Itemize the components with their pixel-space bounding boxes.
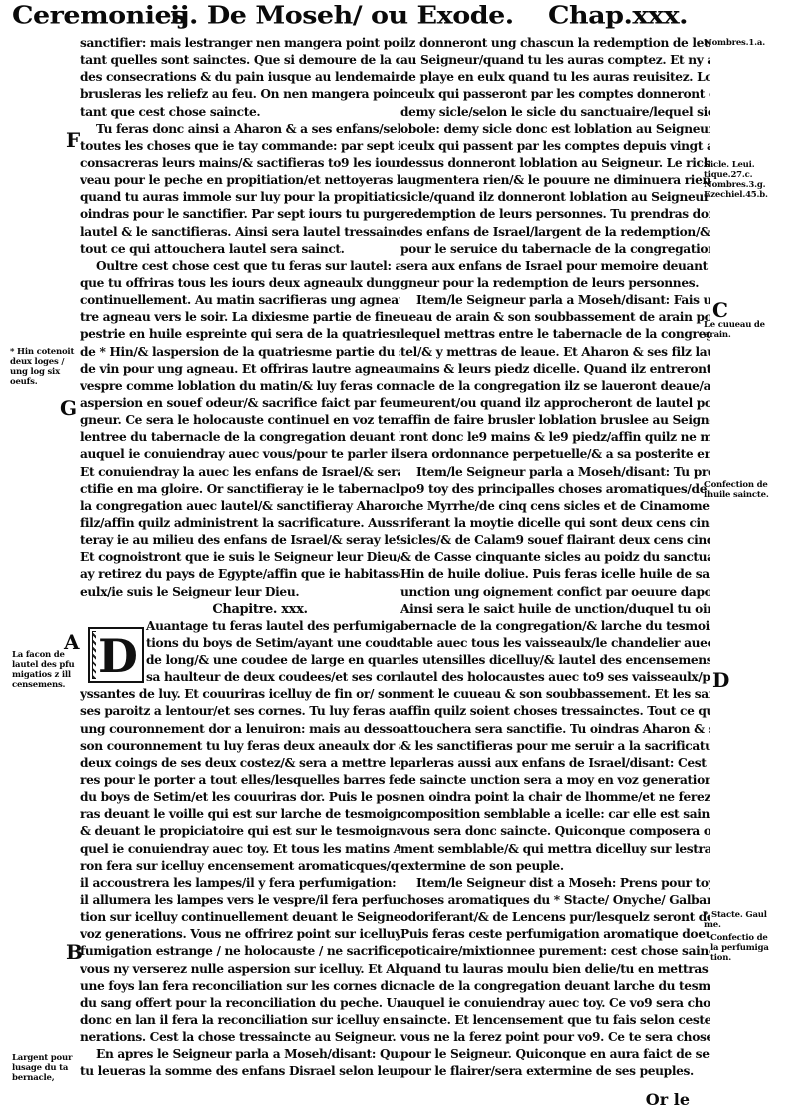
right-text-column: ilz donneront ung chascun la redemption … — [400, 35, 710, 1081]
text-line: Item/le Seigneur parla a Moseh/disant: F… — [400, 292, 710, 309]
text-line: des consecrations & du pain iusque au le… — [80, 69, 400, 86]
text-line: nacle de la congregation ilz se laueront… — [400, 378, 710, 395]
text-line: pestrie en huile espreinte qui sera de l… — [80, 326, 400, 343]
left-text-column: sanctifier: mais lestranger nen mangera … — [80, 35, 400, 1081]
text-line: sera aux enfans de Israel pour memoire d… — [400, 258, 710, 275]
text-line: de playe en eulx quand tu les auras reui… — [400, 69, 710, 86]
margin-note-oil: Confection delhuile saincte. — [704, 480, 769, 500]
text-line: ses paroitz a lentour/et ses cornes. Tu … — [80, 703, 400, 720]
text-line: demy sicle/selon le sicle du sanctuaire/… — [400, 104, 710, 121]
text-line: yssantes de luy. Et couuriras icelluy de… — [80, 686, 400, 703]
text-line: tion sur icelluy continuellement deuant … — [80, 909, 400, 926]
text-line: ras deuant le voille qui est sur larche … — [80, 806, 400, 823]
text-line: teray ie au milieu des enfans de Israel/… — [80, 532, 400, 549]
margin-letter-f: F — [66, 128, 80, 152]
margin-note-sicle: Sicle. Leui.tique.27.c.Nombres.3.g.Ezech… — [704, 160, 768, 200]
note-text: La facon delautel des pfumigatios z illc… — [12, 650, 75, 690]
text-line: composition semblable a icelle: car elle… — [400, 806, 710, 823]
text-line: dessus donneront loblation au Seigneur. … — [400, 155, 710, 172]
text-line: ment semblable/& qui mettra dicelluy sur… — [400, 841, 710, 858]
text-line: obole: demy sicle donc est loblation au … — [400, 121, 710, 138]
text-line: ilz donneront ung chascun la redemption … — [400, 35, 710, 52]
note-text: Confection delhuile saincte. — [704, 480, 769, 500]
text-line: du sang offert pour la reconciliation du… — [80, 995, 400, 1012]
text-line: gneur. Ce sera le holocauste continuel e… — [80, 412, 400, 429]
text-line: que tu offriras tous les iours deux agne… — [80, 275, 400, 292]
text-line: ceulx qui passeront par les comptes donn… — [400, 86, 710, 103]
text-line: affin de faire brusler loblation bruslee… — [400, 412, 710, 429]
text-line: donc en lan il fera la reconciliation su… — [80, 1012, 400, 1029]
note-text: Confectio dela perfumigation. — [710, 933, 769, 963]
text-line: ueau de arain & son soubbassement de ara… — [400, 309, 710, 326]
text-line: sanctifier: mais lestranger nen mangera … — [80, 35, 400, 52]
margin-note-laver: Le cuueau dearain. — [704, 320, 765, 340]
text-line: ctifie en ma gloire. Or sanctifieray ie … — [80, 481, 400, 498]
text-line: parleras aussi aux enfans de Israel/disa… — [400, 755, 710, 772]
text-line: odoriferant/& de Lencens pur/lesquelz se… — [400, 909, 710, 926]
text-line: auquel ie conuiendray auec toy. Ce vo9 s… — [400, 995, 710, 1012]
text-line: lequel mettras entre le tabernacle de la… — [400, 326, 710, 343]
text-line: vous ne la ferez point pour vo9. Ce te s… — [400, 1029, 710, 1046]
text-line: unction ung oignement confict par oeuure… — [400, 584, 710, 601]
text-line: ron fera sur icelluy encensement aromati… — [80, 858, 400, 875]
text-line: ay retirez du pays de Egypte/affin que i… — [80, 566, 400, 583]
chapter-heading: Chapitre. xxx. — [80, 601, 400, 618]
text-line: deux coings de ses deux costez/& sera a … — [80, 755, 400, 772]
catchword: Or le — [646, 1090, 690, 1109]
text-line: de vin pour ung agneau. Et offriras laut… — [80, 361, 400, 378]
margin-note-altar: La facon delautel des pfumigatios z illc… — [12, 650, 75, 690]
text-line: lentree du tabernacle de la congregation… — [80, 429, 400, 446]
text-line: une foys lan fera reconciliation sur les… — [80, 978, 400, 995]
text-line: En apres le Seigneur parla a Moseh/disan… — [80, 1046, 400, 1063]
text-line: fumigation estrange / ne holocauste / ne… — [80, 943, 400, 960]
text-line: pour le Seigneur. Quiconque en aura faic… — [400, 1046, 710, 1063]
note-text: Nombres.1.a. — [704, 38, 765, 48]
text-line: vous sera donc saincte. Quiconque compos… — [400, 823, 710, 840]
text-line: bernacle de la congregation/& larche du … — [400, 618, 710, 635]
text-line: des enfans de Israel/largent de la redem… — [400, 224, 710, 241]
text-line: filz/affin quilz administrent la sacrifi… — [80, 515, 400, 532]
text-line: Et cognoistront que ie suis le Seigneur … — [80, 549, 400, 566]
text-line: tout ce qui attouchera lautel sera sainc… — [80, 241, 400, 258]
note-text: Sicle. Leui.tique.27.c.Nombres.3.g.Ezech… — [704, 160, 768, 200]
text-line: ceulx qui passent par les comptes depuis… — [400, 138, 710, 155]
text-line: Ainsi sera le saict huile de unction/duq… — [400, 601, 710, 618]
text-line: pour le flairer/sera extermine de ses pe… — [400, 1063, 710, 1080]
text-line: poticaire/mixtionnee purement: cest chos… — [400, 943, 710, 960]
text-line: tant quelles sont sainctes. Que si demou… — [80, 52, 400, 69]
text-line: nerations. Cest la chose tressaincte au … — [80, 1029, 400, 1046]
text-line: po9 toy des principalles choses aromatiq… — [400, 481, 710, 498]
text-line: tel/& y mettras de leaue. Et Aharon & se… — [400, 344, 710, 361]
margin-letter-b: B — [66, 940, 83, 964]
text-line: redemption de leurs personnes. Tu prendr… — [400, 206, 710, 223]
text-line: augmentera rien/& le pouure ne diminuera… — [400, 172, 710, 189]
text-line: choses aromatiques du * Stacte/ Onyche/ … — [400, 892, 710, 909]
text-line: la congregation auec lautel/& sanctifier… — [80, 498, 400, 515]
text-line: tu leueras la somme des enfans Disrael s… — [80, 1063, 400, 1080]
text-line: auquel ie conuiendray auec vous/pour te … — [80, 446, 400, 463]
text-line: extermine de son peuple. — [400, 858, 710, 875]
text-line: Oultre cest chose cest que tu feras sur … — [80, 258, 400, 275]
margin-note-money: Largent pourlusage du tabernacle, — [12, 1053, 72, 1083]
text-line: attouchera sera sanctifie. Tu oindras Ah… — [400, 721, 710, 738]
text-line: Puis feras ceste perfumigation aromatiqu… — [400, 926, 710, 943]
text-line: res pour le porter a tout elles/lesquell… — [80, 772, 400, 789]
text-line: table auec tous les vaisseaulx/le chande… — [400, 635, 710, 652]
text-line: Item/le Seigneur parla a Moseh/disant: T… — [400, 464, 710, 481]
text-line: & les sanctifieras pour me seruir a la s… — [400, 738, 710, 755]
text-line: gneur pour la redemption de leurs person… — [400, 275, 710, 292]
decorated-initial-d: D — [88, 627, 144, 683]
text-line: nen oindra point la chair de lhomme/et n… — [400, 789, 710, 806]
text-line: tant que cest chose saincte. — [80, 104, 400, 121]
text-line: & de Casse cinquante sicles au poidz du … — [400, 549, 710, 566]
text-line: quel ie conuiendray auec toy. Et tous le… — [80, 841, 400, 858]
text-line: saincte. Et lencensement que tu fais sel… — [400, 1012, 710, 1029]
header-chapter: Chap.xxx. — [548, 2, 688, 30]
text-line: lautel & le sanctifieras. Ainsi sera lau… — [80, 224, 400, 241]
text-line: che Myrrhe/de cinq cens sicles et de Cin… — [400, 498, 710, 515]
text-line: & deuant le propiciatoire qui est sur le… — [80, 823, 400, 840]
header-book-title: ij. De Moseh/ ou Exode. — [170, 2, 514, 30]
text-line: consacreras leurs mains/& sactifieras to… — [80, 155, 400, 172]
text-line: ment le cuueau & son soubbassement. Et l… — [400, 686, 710, 703]
note-text: Le cuueau dearain. — [704, 320, 765, 340]
margin-letter-g: G — [60, 396, 77, 420]
margin-letter-d: D — [712, 668, 729, 692]
text-line: brusleras les reliefz au feu. On nen man… — [80, 86, 400, 103]
text-line: riferant la moytie dicelle qui sont deux… — [400, 515, 710, 532]
text-line: pour le seruice du tabernacle de la cong… — [400, 241, 710, 258]
text-line: de * Hin/& laspersion de la quatriesme p… — [80, 344, 400, 361]
note-text: Largent pourlusage du tabernacle, — [12, 1053, 72, 1083]
text-line: affin quilz soient choses tressainctes. … — [400, 703, 710, 720]
text-line: voz generations. Vous ne offrirez point … — [80, 926, 400, 943]
text-line: continuellement. Au matin sacrifieras un… — [80, 292, 400, 309]
text-line: au Seigneur/quand tu les auras comptez. … — [400, 52, 710, 69]
text-line: Item/le Seigneur dist a Moseh: Prens pou… — [400, 875, 710, 892]
running-header: Ceremonies ij. De Moseh/ ou Exode. Chap.… — [0, 0, 786, 34]
text-line: sicle/quand ilz donneront loblation au S… — [400, 189, 710, 206]
text-line: quand tu lauras moulu bien delie/tu en m… — [400, 961, 710, 978]
text-line: il allumera les lampes vers le vespre/il… — [80, 892, 400, 909]
text-line: eulx/ie suis le Seigneur leur Dieu. — [80, 584, 400, 601]
text-line: de saincte unction sera a moy en voz gen… — [400, 772, 710, 789]
text-line: du boys de Setim/et les couuriras dor. P… — [80, 789, 400, 806]
margin-note-hin: * Hin cotenoitdeux loges /ung log sixoeu… — [10, 347, 74, 387]
text-line: oindras pour le sanctifier. Par sept iou… — [80, 206, 400, 223]
text-line: Hin de huile doliue. Puis feras icelle h… — [400, 566, 710, 583]
margin-letter-c: C — [712, 298, 728, 322]
text-line: ront donc le9 mains & le9 piedz/affin qu… — [400, 429, 710, 446]
text-line: mains & leurs piedz dicelle. Quand ilz e… — [400, 361, 710, 378]
text-line: vespre comme loblation du matin/& luy fe… — [80, 378, 400, 395]
text-line: quand tu auras immole sur luy pour la pr… — [80, 189, 400, 206]
text-line: tre agneau vers le soir. La dixiesme par… — [80, 309, 400, 326]
text-line: meurent/ou quand ilz approcheront de lau… — [400, 395, 710, 412]
text-line: Et conuiendray la auec les enfans de Isr… — [80, 464, 400, 481]
text-line: lautel des holocaustes auec to9 ses vais… — [400, 669, 710, 686]
note-text: * Stacte. Gaulme. — [704, 910, 767, 930]
margin-note-numbers: Nombres.1.a. — [704, 38, 765, 48]
text-line: sicles/& de Calam9 souef flairant deux c… — [400, 532, 710, 549]
text-line: il accoustrera les lampes/il y fera perf… — [80, 875, 400, 892]
text-line: nacle de la congregation deuant larche d… — [400, 978, 710, 995]
margin-note-stacte: * Stacte. Gaulme. — [704, 910, 767, 930]
text-line: son couronnement tu luy feras deux aneau… — [80, 738, 400, 755]
text-line: aspersion en souef odeur/& sacrifice fai… — [80, 395, 400, 412]
header-section-title: Ceremonies — [12, 2, 186, 30]
margin-note-perfume: Confectio dela perfumigation. — [710, 933, 769, 963]
text-line: les utensilles dicelluy/& lautel des enc… — [400, 652, 710, 669]
text-line: veau pour le peche en propitiation/et ne… — [80, 172, 400, 189]
note-text: * Hin cotenoitdeux loges /ung log sixoeu… — [10, 347, 74, 387]
text-line: Tu feras donc ainsi a Aharon & a ses enf… — [80, 121, 400, 138]
initial-letter: D — [96, 631, 140, 681]
text-line: toutes les choses que ie tay commande: p… — [80, 138, 400, 155]
text-line: vous ny verserez nulle aspersion sur ice… — [80, 961, 400, 978]
text-line: ung couronnement dor a lenuiron: mais au… — [80, 721, 400, 738]
text-line: sera ordonnance perpetuelle/& a sa poste… — [400, 446, 710, 463]
